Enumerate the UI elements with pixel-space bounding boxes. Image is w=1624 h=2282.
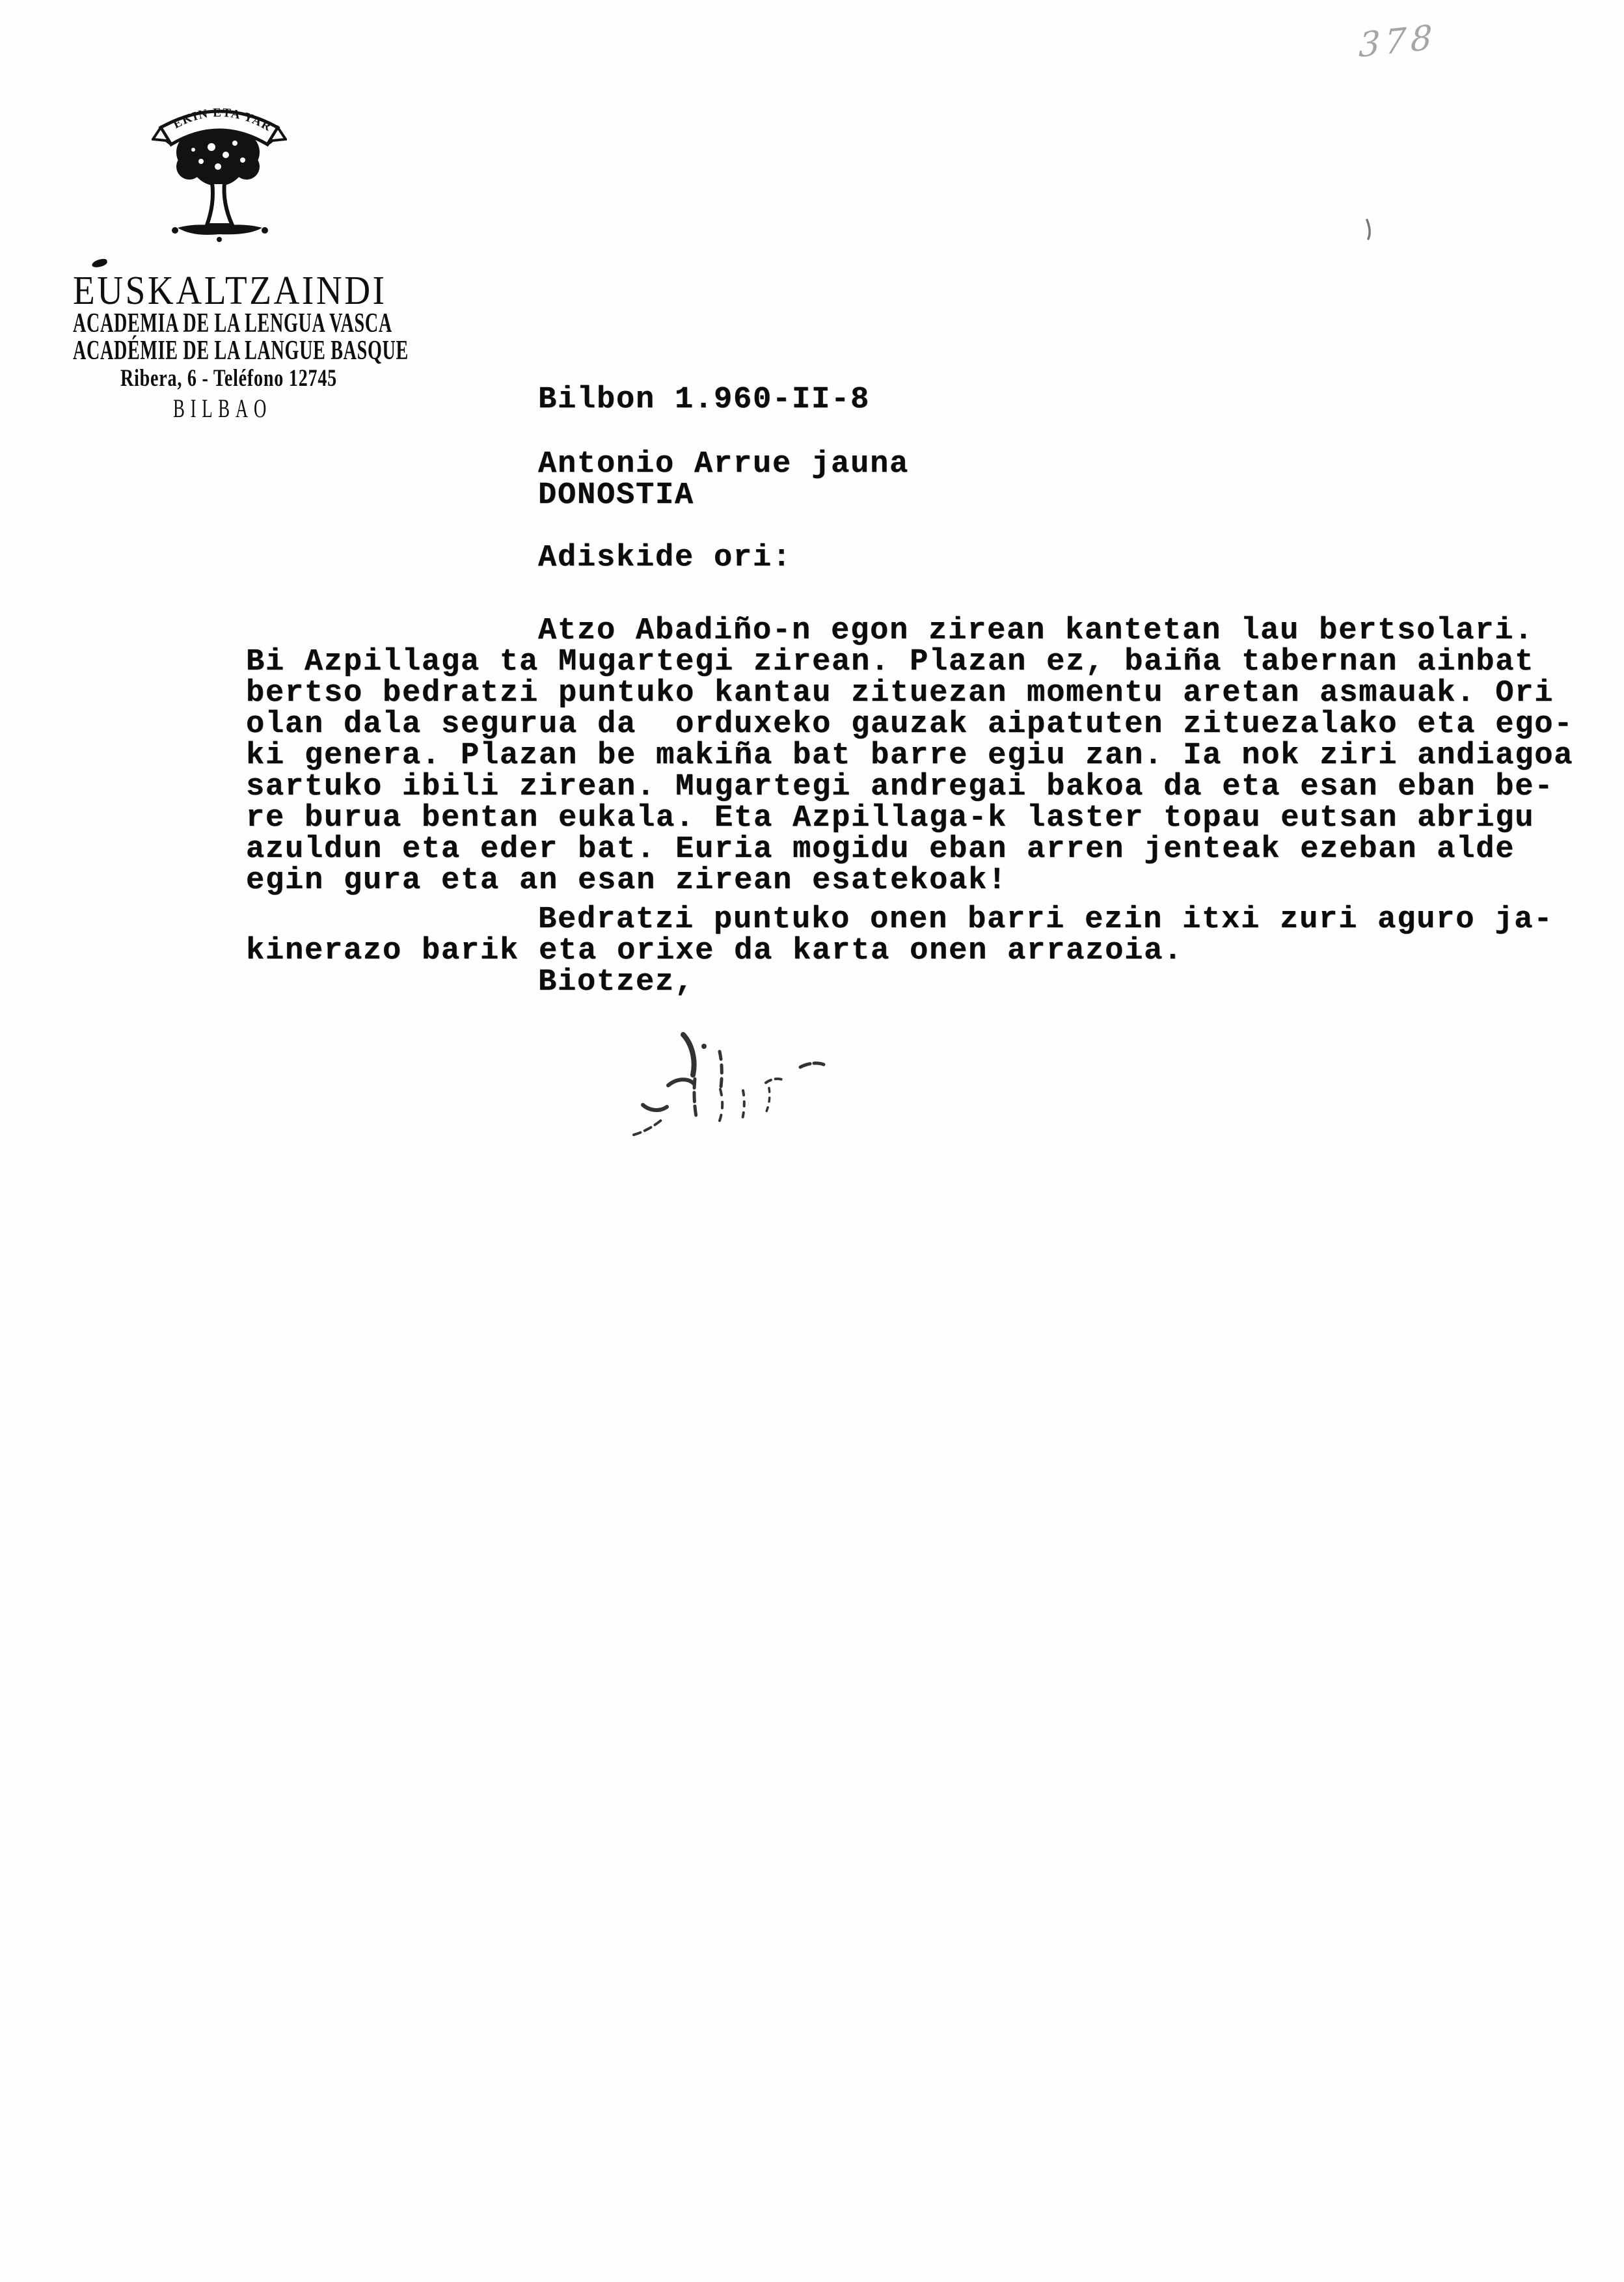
org-subtitle-french: ACADÉMIE DE LA LANGUE BASQUE xyxy=(73,335,409,366)
body-line: Bedratzi puntuko onen barri ezin itxi zu… xyxy=(538,904,1553,936)
org-city: BILBAO xyxy=(173,393,272,424)
euskaltzaindia-logo: EKIN ETA YARAI xyxy=(152,90,287,246)
org-subtitle-spanish: ACADEMIA DE LA LENGUA VASCA xyxy=(73,308,392,339)
body-line: Bi Azpillaga ta Mugartegi zirean. Plazan… xyxy=(246,647,1534,678)
body-line: bertso bedratzi puntuko kantau zituezan … xyxy=(246,678,1554,709)
body-line: re burua bentan eukala. Eta Azpillaga-k … xyxy=(246,803,1534,834)
recipient-name: Antonio Arrue jauna xyxy=(538,449,909,480)
pencil-annotation: 378 xyxy=(1358,18,1437,65)
recipient-city: DONOSTIA xyxy=(538,480,694,511)
salutation: Adiskide ori: xyxy=(538,543,792,574)
signature xyxy=(605,1007,852,1163)
closing: Biotzez, xyxy=(538,967,694,998)
body-line: kinerazo barik eta orixe da karta onen a… xyxy=(246,936,1183,967)
body-line: ki genera. Plazan be makiña bat barre eg… xyxy=(246,740,1573,772)
body-line: egin gura eta an esan zirean esatekoak! xyxy=(246,865,1007,897)
ink-smudge xyxy=(91,258,108,268)
body-line: sartuko ibili zirean. Mugartegi andregai… xyxy=(246,772,1554,803)
dateline: Bilbon 1.960-II-8 xyxy=(538,385,870,416)
body-line: Atzo Abadiño-n egon zirean kantetan lau … xyxy=(538,616,1534,647)
body-line: olan dala segurua da orduxeko gauzak aip… xyxy=(246,709,1573,740)
body-line: azuldun eta eder bat. Euria mogidu eban … xyxy=(246,834,1515,865)
scanned-letter-page: EKIN ETA YARAI EUSKALTZAINDI ACADEMIA DE… xyxy=(0,0,1624,2282)
org-address: Ribera, 6 - Teléfono 12745 xyxy=(120,364,337,392)
pencil-tick-mark xyxy=(1362,219,1379,241)
